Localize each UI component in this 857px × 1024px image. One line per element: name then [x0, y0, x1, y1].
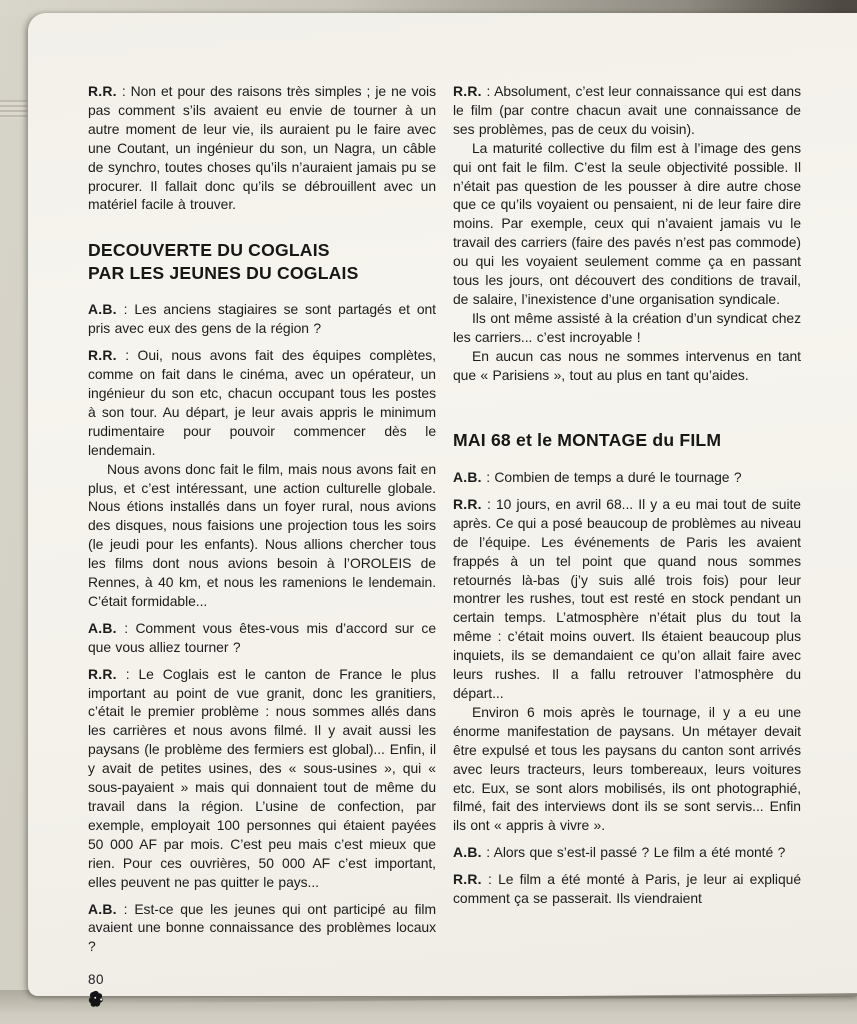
section-heading-mai-68: MAI 68 et le MONTAGE du FILM: [453, 429, 801, 452]
qa-paragraph: R.R. : Le Coglais est le canton de Franc…: [88, 665, 436, 892]
speaker-label: R.R.: [453, 496, 482, 512]
paragraph-text: : Est-ce que les jeunes qui ont particip…: [88, 901, 436, 955]
qa-paragraph: R.R. : Le film a été monté à Paris, je l…: [453, 870, 801, 908]
speaker-label: R.R.: [453, 83, 482, 99]
ink-blot-icon: [88, 990, 105, 1009]
speaker-label: R.R.: [88, 347, 117, 363]
paragraph-text: : Absolument, c’est leur connaissance qu…: [453, 83, 801, 137]
page-content: R.R. : Non et pour des raisons très simp…: [88, 82, 802, 1009]
paragraph-text: : 10 jours, en avril 68... Il y a eu mai…: [453, 496, 801, 701]
paragraph-text: : Non et pour des raisons très simples ;…: [88, 83, 436, 212]
body-paragraph: Environ 6 mois après le tournage, il y a…: [453, 703, 801, 835]
qa-paragraph: A.B. : Comment vous êtes-vous mis d’acco…: [88, 619, 436, 657]
section-heading-decouverte: DECOUVERTE DU COGLAISPAR LES JEUNES DU C…: [88, 239, 436, 284]
qa-paragraph: A.B. : Est-ce que les jeunes qui ont par…: [88, 900, 436, 957]
speaker-label: R.R.: [88, 666, 117, 682]
paragraph-text: : Les anciens stagiaires se sont partagé…: [88, 301, 436, 336]
paragraph-text: : Alors que s’est-il passé ? Le film a é…: [482, 844, 785, 860]
speaker-label: R.R.: [88, 83, 117, 99]
speaker-label: A.B.: [453, 844, 482, 860]
qa-paragraph: R.R. : Absolument, c’est leur connaissan…: [453, 82, 801, 139]
stacked-page-edges: [0, 100, 27, 118]
body-paragraph: En aucun cas nous ne sommes intervenus e…: [453, 347, 801, 385]
body-paragraph: La maturité collective du film est à l’i…: [453, 139, 801, 309]
speaker-label: A.B.: [88, 620, 117, 636]
body-paragraph: Nous avons donc fait le film, mais nous …: [88, 460, 436, 611]
qa-paragraph: R.R. : Non et pour des raisons très simp…: [88, 82, 436, 214]
speaker-label: R.R.: [453, 871, 482, 887]
qa-paragraph: R.R. : 10 jours, en avril 68... Il y a e…: [453, 495, 801, 703]
paragraph-text: : Le film a été monté à Paris, je leur a…: [453, 871, 801, 906]
paragraph-text: : Combien de temps a duré le tournage ?: [482, 469, 742, 485]
speaker-label: A.B.: [453, 469, 482, 485]
heading-line: PAR LES JEUNES DU COGLAIS: [88, 263, 359, 283]
page-number: 80: [88, 972, 436, 987]
paragraph-text: : Le Coglais est le canton de France le …: [88, 666, 436, 890]
qa-paragraph: A.B. : Les anciens stagiaires se sont pa…: [88, 300, 436, 338]
heading-line: DECOUVERTE DU COGLAIS: [88, 240, 330, 260]
left-column: R.R. : Non et pour des raisons très simp…: [88, 82, 436, 1009]
paragraph-text: : Comment vous êtes-vous mis d’accord su…: [88, 620, 436, 655]
right-column: R.R. : Absolument, c’est leur connaissan…: [453, 82, 801, 1009]
speaker-label: A.B.: [88, 901, 117, 917]
qa-paragraph: A.B. : Combien de temps a duré le tourna…: [453, 468, 801, 487]
speaker-label: A.B.: [88, 301, 117, 317]
body-paragraph: Ils ont même assisté à la création d’un …: [453, 309, 801, 347]
qa-paragraph: A.B. : Alors que s’est-il passé ? Le fil…: [453, 843, 801, 862]
paragraph-text: : Oui, nous avons fait des équipes compl…: [88, 347, 436, 458]
qa-paragraph: R.R. : Oui, nous avons fait des équipes …: [88, 346, 436, 459]
